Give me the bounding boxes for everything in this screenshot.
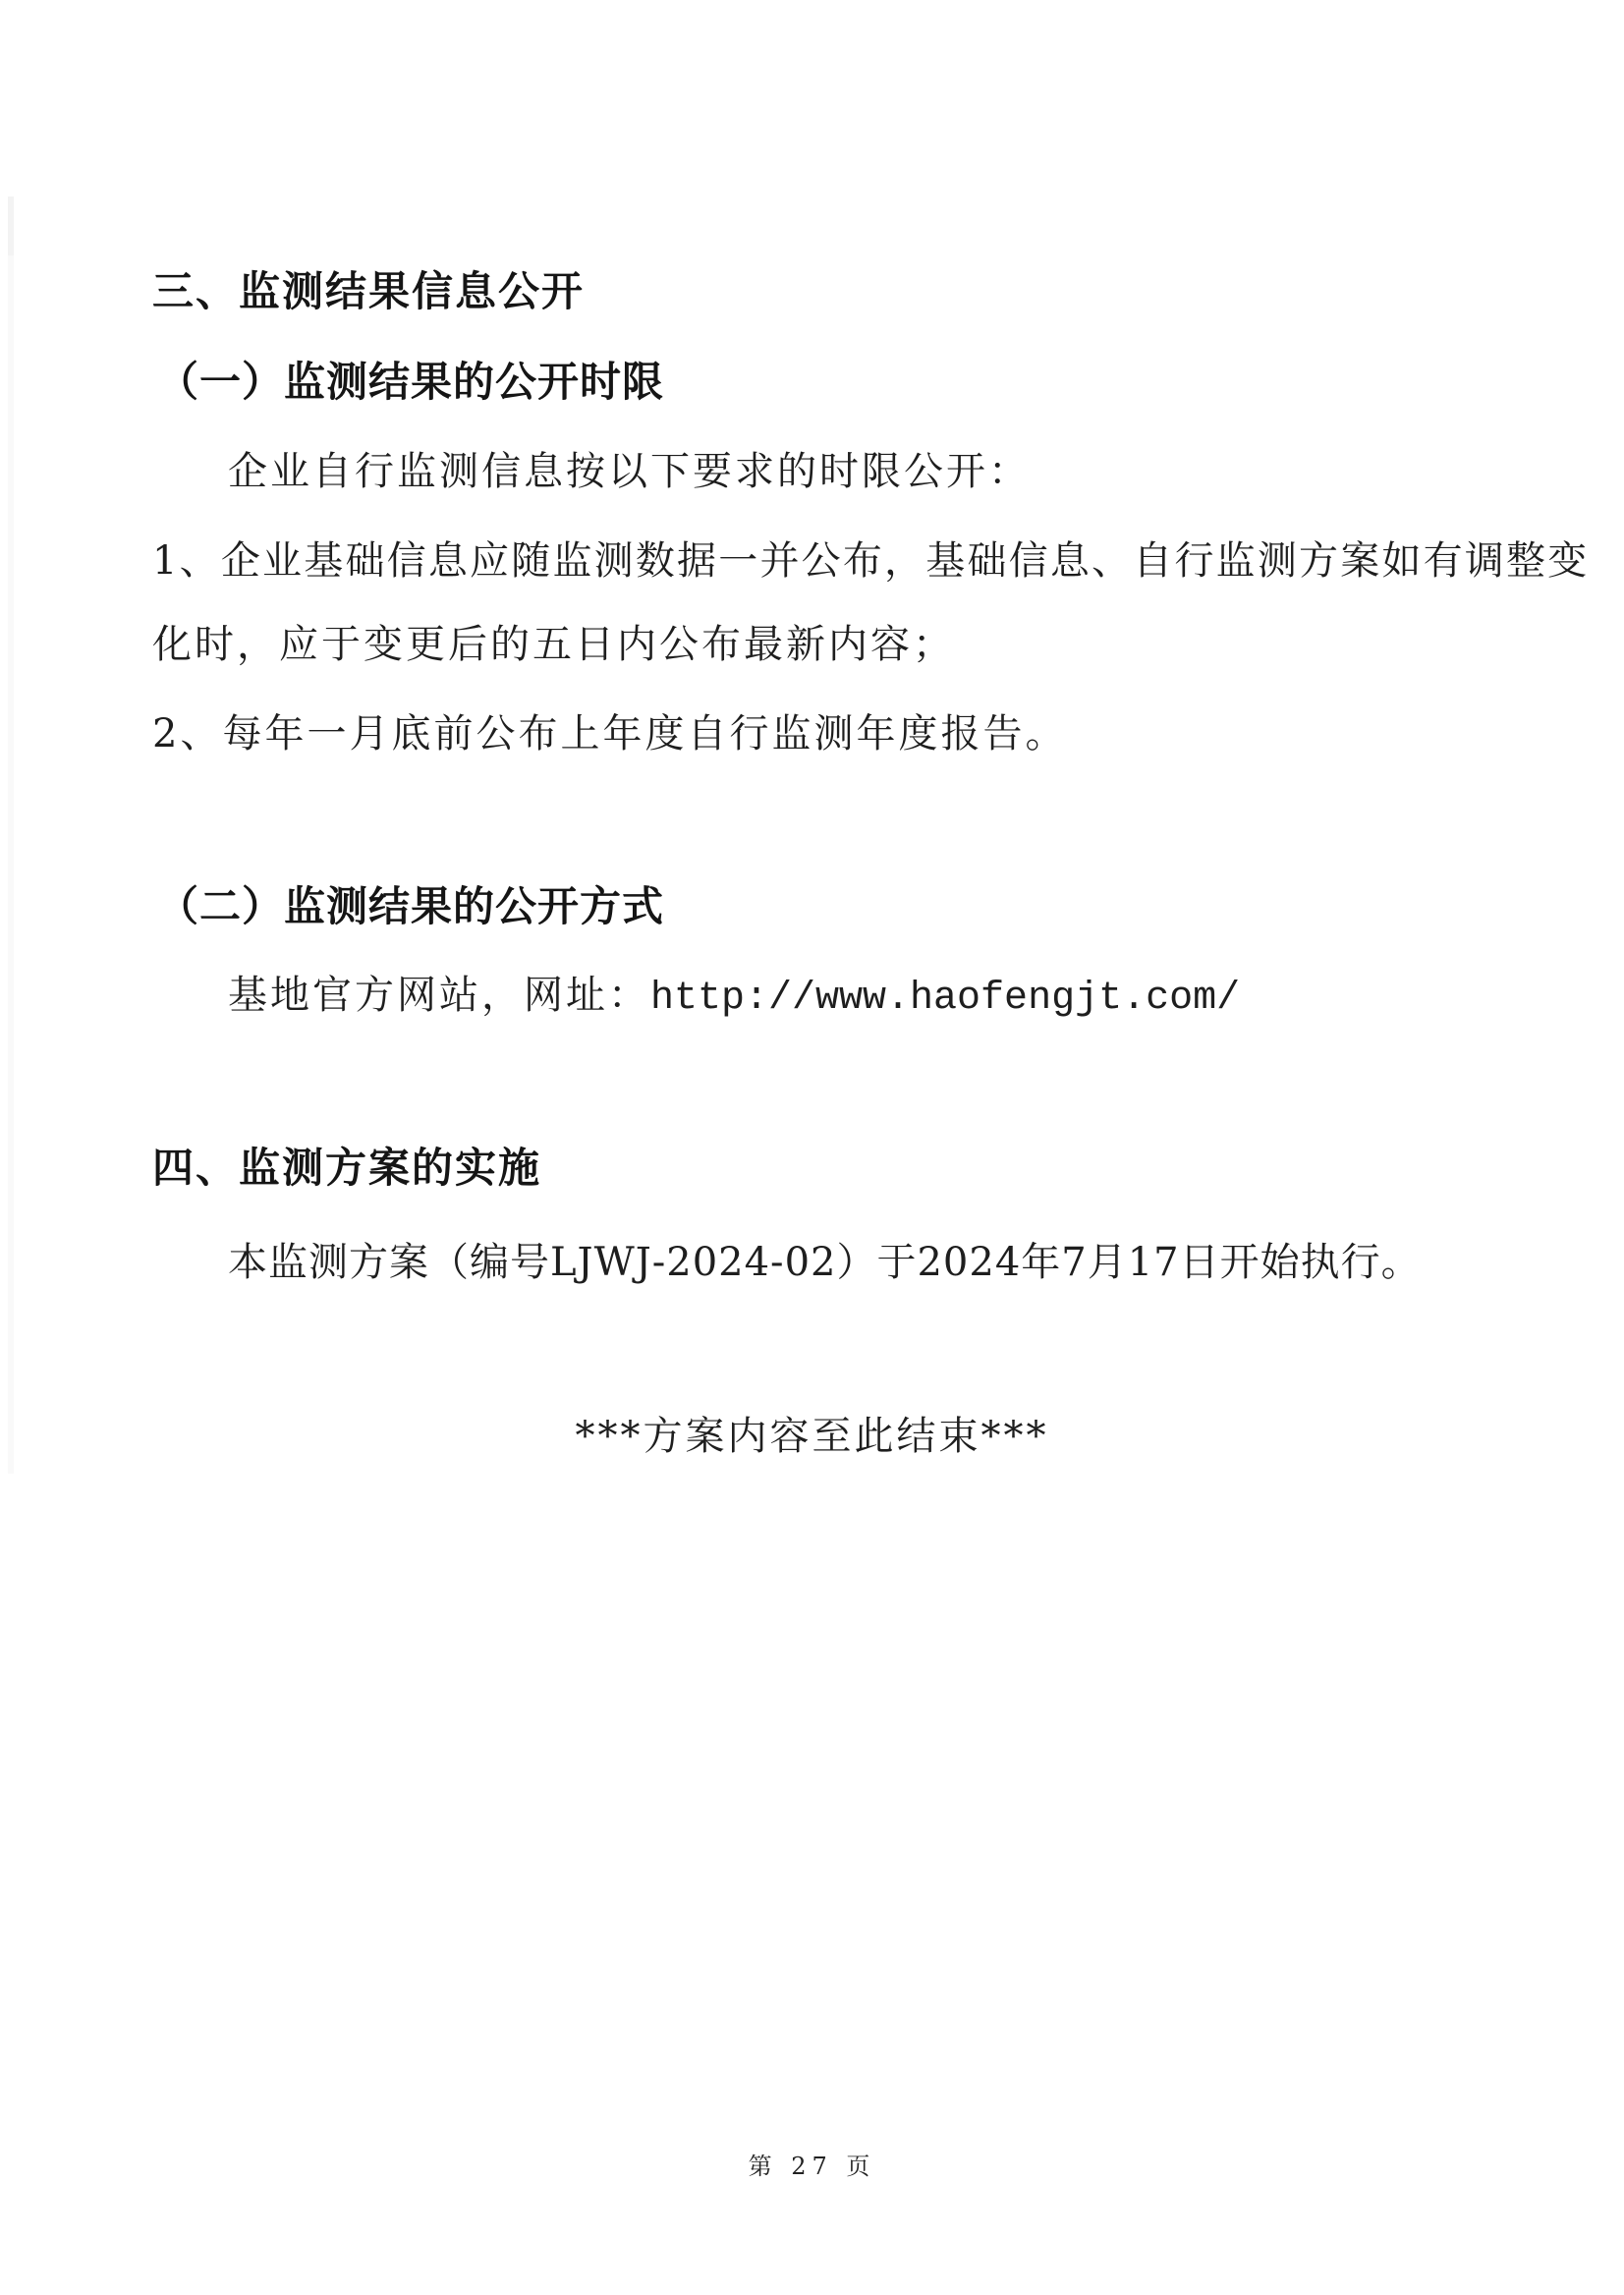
subsection-2-heading: （二）监测结果的公开方式 [157,886,664,927]
subsection-1-heading: （一）监测结果的公开时限 [157,362,664,403]
website-line: 基地官方网站，网址：http://www.haofengjt.com/ [228,976,1240,1019]
implementation-paragraph: 本监测方案（编号LJWJ-2024-02）于2024年7月17日开始执行。 [228,1243,1422,1282]
list-item-2: 2、每年一月底前公布上年度自行监测年度报告。 [152,714,1067,754]
section-3-heading: 三、监测结果信息公开 [152,271,585,312]
paragraph-intro: 企业自行监测信息按以下要求的时限公开： [228,452,1031,491]
section-4-heading: 四、监测方案的实施 [152,1147,541,1189]
page-number: 第 27 页 [0,2155,1624,2178]
list-item-1-line-2: 化时，应于变更后的五日内公布最新内容； [152,625,955,664]
website-url-link[interactable]: http://www.haofengjt.com/ [650,977,1240,1021]
scan-edge-mark [8,246,14,1474]
list-item-1-line-1: 1、企业基础信息应随监测数据一并公布，基础信息、自行监测方案如有调整变 [152,541,1589,581]
end-marker: ***方案内容至此结束*** [0,1417,1624,1456]
website-label: 基地官方网站，网址： [228,973,650,1018]
